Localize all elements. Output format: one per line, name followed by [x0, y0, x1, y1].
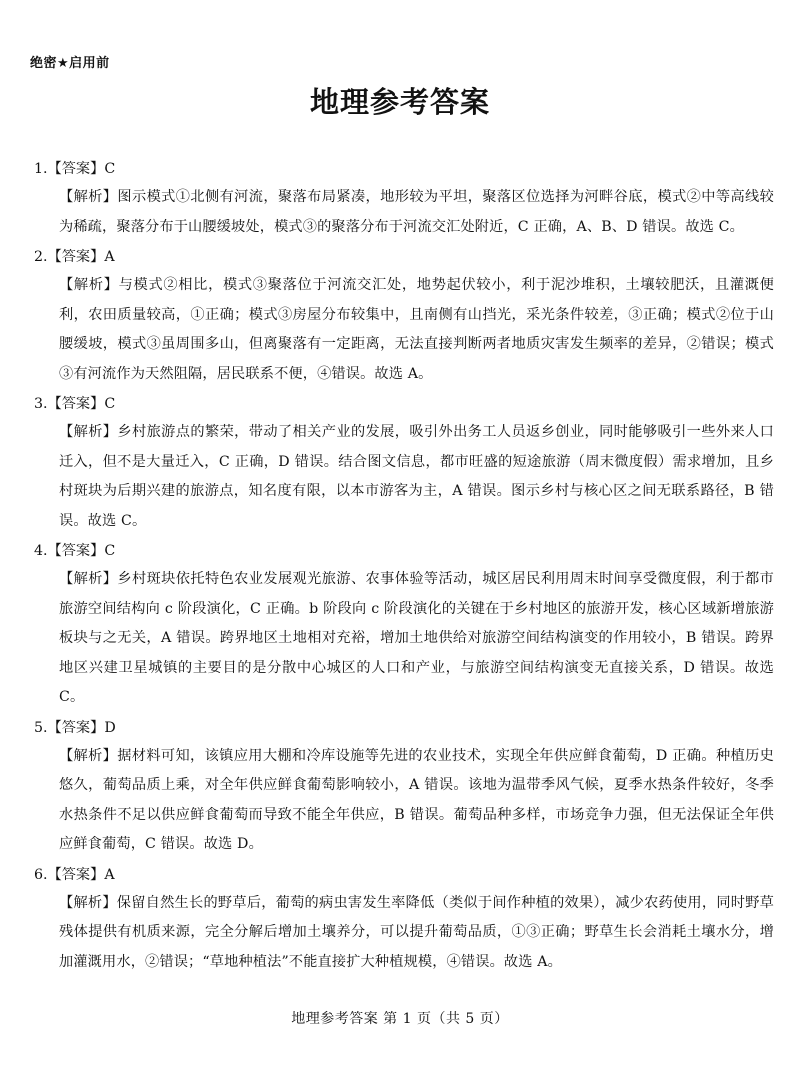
question-number: 3.: [34, 390, 48, 418]
question-number: 1.: [34, 155, 48, 183]
answer-label: 【答案】: [48, 867, 105, 883]
answer-label: 【答案】: [48, 249, 105, 265]
analysis-label: 【解析】: [59, 189, 117, 205]
answer-line: 4.【答案】C: [34, 537, 774, 565]
analysis-paragraph: 【解析】图示模式①北侧有河流，聚落布局紧凑，地形较为平坦，聚落区位选择为河畔谷底…: [34, 183, 774, 242]
analysis-label: 【解析】: [59, 571, 117, 587]
answer-line: 5.【答案】D: [34, 714, 774, 742]
question-2: 2.【答案】A 【解析】与模式②相比，模式③聚落位于河流交汇处，地势起伏较小，利…: [34, 243, 774, 389]
confidential-label: 绝密★启用前: [30, 52, 110, 71]
answer-line: 1.【答案】C: [34, 155, 774, 183]
answer-value: C: [104, 543, 115, 559]
question-3: 3.【答案】C 【解析】乡村旅游点的繁荣，带动了相关产业的发展，吸引外出务工人员…: [34, 390, 774, 536]
question-number: 2.: [34, 243, 48, 271]
question-4: 4.【答案】C 【解析】乡村斑块依托特色农业发展观光旅游、农事体验等活动，城区居…: [34, 537, 774, 713]
analysis-paragraph: 【解析】与模式②相比，模式③聚落位于河流交汇处，地势起伏较小，利于泥沙堆积，土壤…: [34, 271, 774, 389]
answer-value: C: [104, 396, 115, 412]
analysis-label: 【解析】: [59, 424, 117, 440]
analysis-text: 乡村斑块依托特色农业发展观光旅游、农事体验等活动，城区居民利用周末时间享受微度假…: [59, 571, 774, 705]
analysis-text: 与模式②相比，模式③聚落位于河流交汇处，地势起伏较小，利于泥沙堆积，土壤较肥沃，…: [59, 277, 774, 382]
answer-value: C: [104, 161, 115, 177]
analysis-paragraph: 【解析】乡村旅游点的繁荣，带动了相关产业的发展，吸引外出务工人员返乡创业，同时能…: [34, 418, 774, 536]
analysis-label: 【解析】: [59, 895, 117, 911]
analysis-text: 保留自然生长的野草后，葡萄的病虫害发生率降低（类似于间作种植的效果），减少农药使…: [59, 895, 774, 970]
analysis-text: 据材料可知，该镇应用大棚和冷库设施等先进的农业技术，实现全年供应鲜食葡萄，D 正…: [59, 748, 774, 853]
answer-label: 【答案】: [48, 161, 105, 177]
page-footer: 地理参考答案 第 1 页（共 5 页）: [0, 1008, 800, 1028]
analysis-label: 【解析】: [59, 277, 119, 293]
question-number: 6.: [34, 861, 48, 889]
answer-label: 【答案】: [48, 396, 105, 412]
answer-list: 1.【答案】C 【解析】图示模式①北侧有河流，聚落布局紧凑，地形较为平坦，聚落区…: [34, 155, 774, 977]
question-number: 5.: [34, 714, 48, 742]
answer-label: 【答案】: [48, 720, 105, 736]
analysis-text: 乡村旅游点的繁荣，带动了相关产业的发展，吸引外出务工人员返乡创业，同时能够吸引一…: [59, 424, 774, 529]
analysis-text: 图示模式①北侧有河流，聚落布局紧凑，地形较为平坦，聚落区位选择为河畔谷底，模式②…: [59, 189, 774, 235]
analysis-paragraph: 【解析】保留自然生长的野草后，葡萄的病虫害发生率降低（类似于间作种植的效果），减…: [34, 889, 774, 978]
analysis-paragraph: 【解析】乡村斑块依托特色农业发展观光旅游、农事体验等活动，城区居民利用周末时间享…: [34, 565, 774, 713]
answer-line: 3.【答案】C: [34, 390, 774, 418]
page-title: 地理参考答案: [0, 80, 800, 121]
answer-label: 【答案】: [48, 543, 105, 559]
answer-line: 6.【答案】A: [34, 861, 774, 889]
question-1: 1.【答案】C 【解析】图示模式①北侧有河流，聚落布局紧凑，地形较为平坦，聚落区…: [34, 155, 774, 242]
answer-value: A: [104, 249, 114, 265]
question-5: 5.【答案】D 【解析】据材料可知，该镇应用大棚和冷库设施等先进的农业技术，实现…: [34, 714, 774, 860]
question-number: 4.: [34, 537, 48, 565]
answer-line: 2.【答案】A: [34, 243, 774, 271]
analysis-paragraph: 【解析】据材料可知，该镇应用大棚和冷库设施等先进的农业技术，实现全年供应鲜食葡萄…: [34, 742, 774, 860]
question-6: 6.【答案】A 【解析】保留自然生长的野草后，葡萄的病虫害发生率降低（类似于间作…: [34, 861, 774, 978]
analysis-label: 【解析】: [59, 748, 117, 764]
answer-value: A: [104, 867, 114, 883]
answer-value: D: [104, 720, 115, 736]
